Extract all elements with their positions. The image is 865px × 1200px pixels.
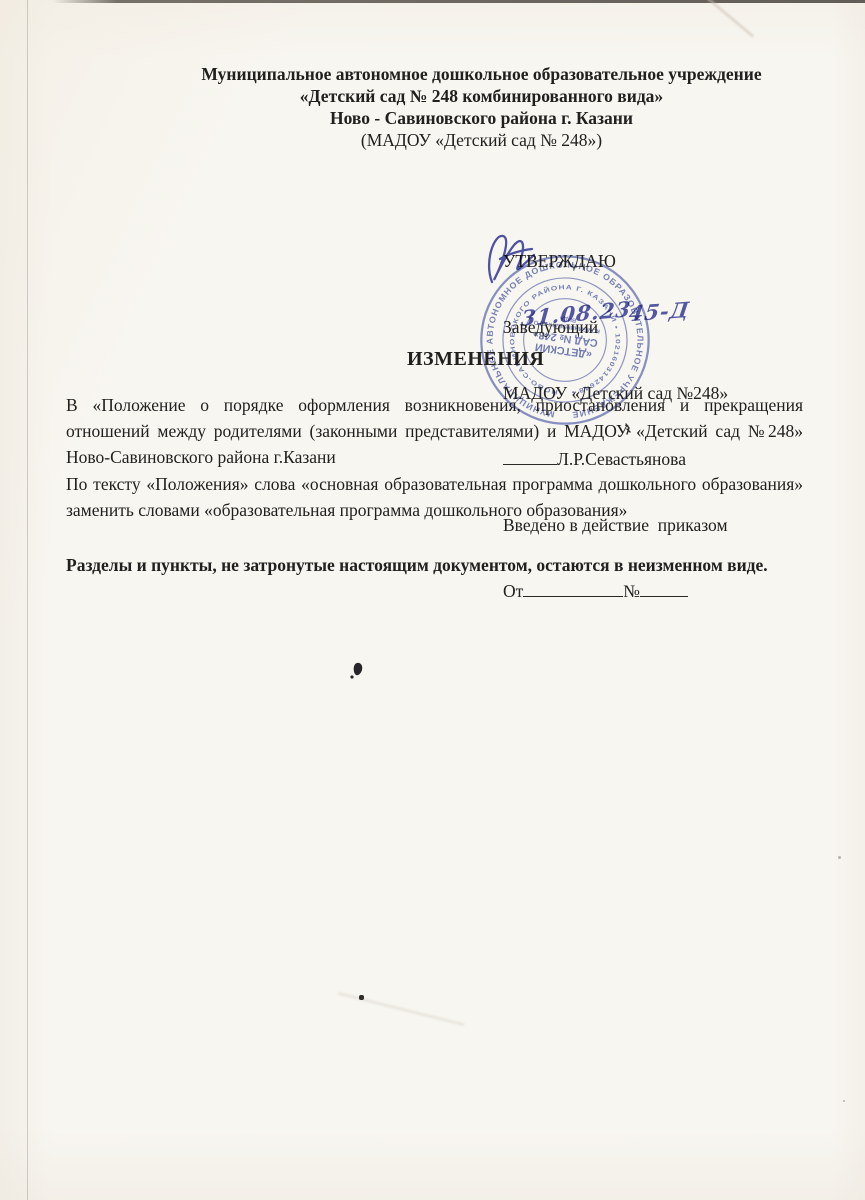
scan-speck <box>843 1100 845 1102</box>
paragraph-amendment-target: В «Положение о порядке оформления возник… <box>66 392 803 470</box>
org-name-line: Ново - Савиновского района г. Казани <box>99 107 864 129</box>
from-label: От <box>503 581 523 601</box>
stray-dot-mark <box>359 995 364 1000</box>
order-date-line: От№ <box>503 580 728 602</box>
paper-crease-top-right <box>682 0 754 37</box>
org-short-name-line: (МАДОУ «Детский сад № 248») <box>99 129 864 151</box>
scanned-document-page: Муниципальное автономное дошкольное обра… <box>0 0 865 1200</box>
org-name-line: «Детский сад № 248 комбинированного вида… <box>99 85 864 107</box>
ink-blot <box>348 662 366 682</box>
scan-left-edge-line <box>27 0 28 1200</box>
number-sign: № <box>623 581 640 601</box>
date-underline <box>523 580 623 597</box>
scan-top-edge-line <box>52 0 865 3</box>
paragraph-closing-note: Разделы и пункты, не затронутые настоящи… <box>66 552 803 578</box>
handwritten-order-number: 45-Д <box>627 297 691 327</box>
scan-speck <box>838 856 841 859</box>
doc-title: ИЗМЕНЕНИЯ <box>407 348 544 371</box>
paragraph-text-replacement: По тексту «Положения» слова «основная об… <box>66 471 803 523</box>
org-name-line: Муниципальное автономное дошкольное обра… <box>99 63 864 85</box>
paper-crease-bottom <box>338 992 465 1025</box>
handwritten-signature <box>478 226 550 292</box>
number-underline <box>640 580 688 597</box>
stray-tick-mark <box>623 423 633 436</box>
org-header: Муниципальное автономное дошкольное обра… <box>99 63 864 151</box>
